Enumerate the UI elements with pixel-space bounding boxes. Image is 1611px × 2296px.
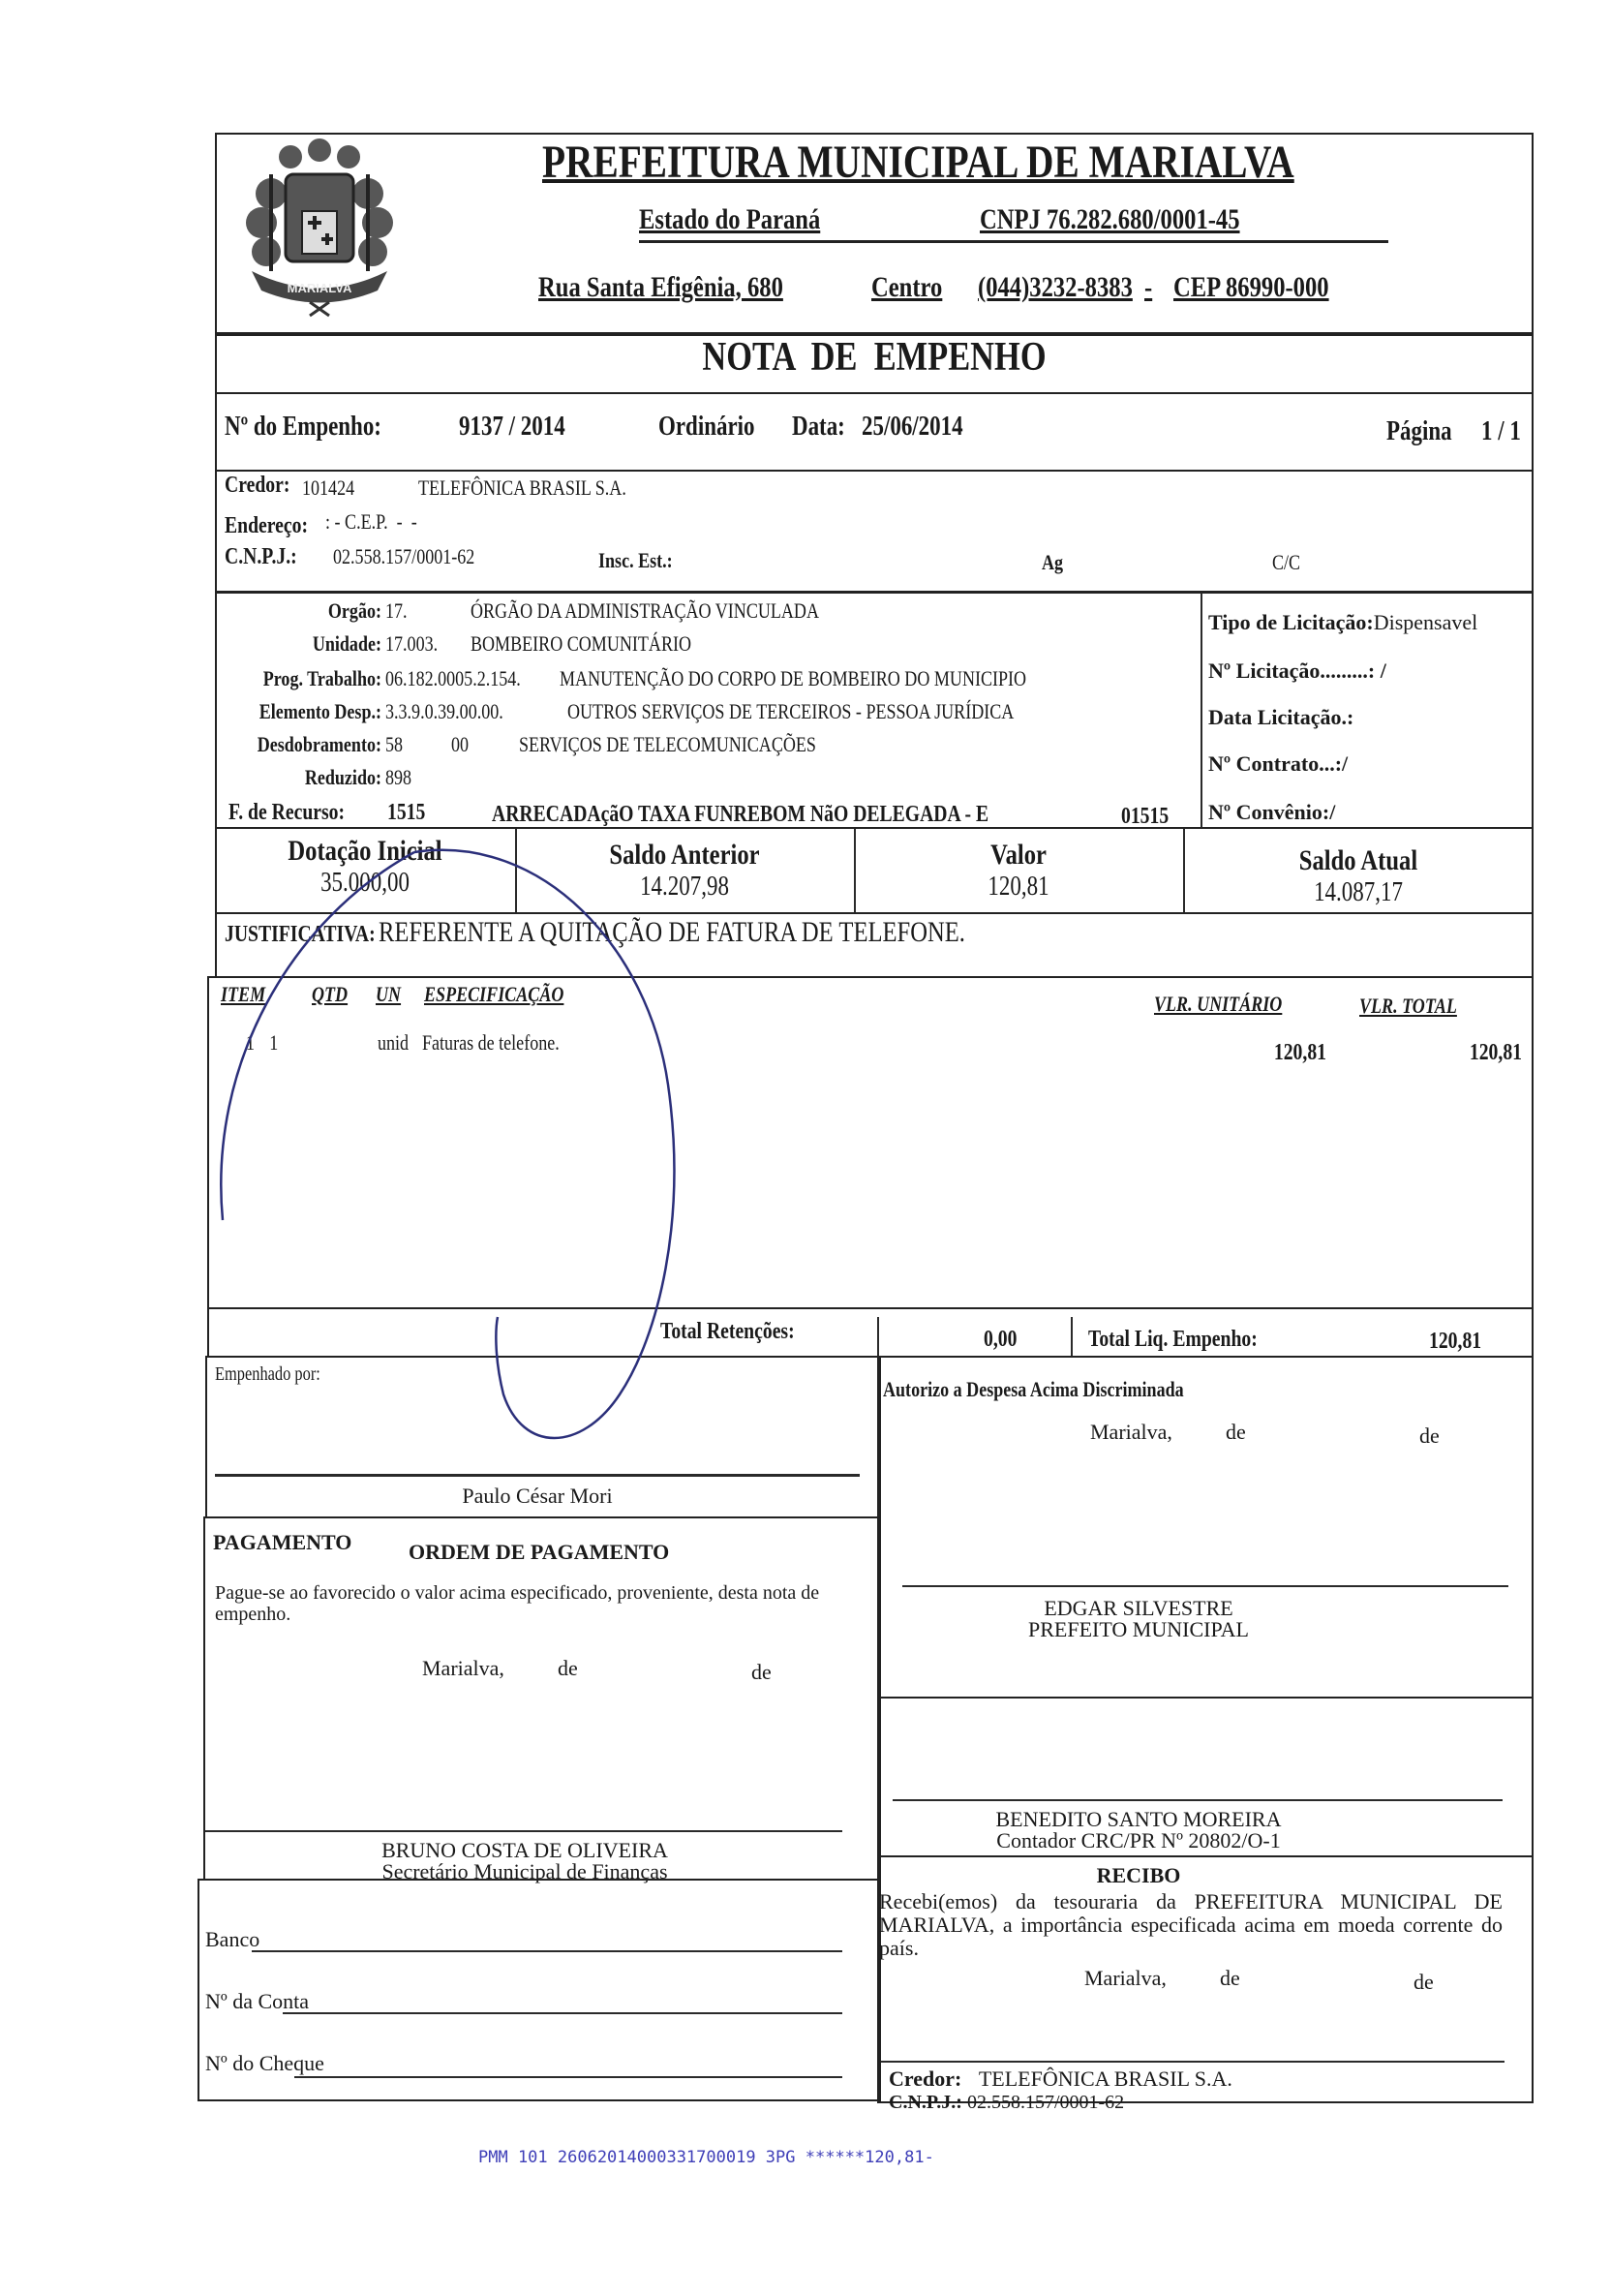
balance-label: Valor [885, 839, 1152, 872]
receipt-cnpj-value: 02.558.157/0001-62 [967, 2092, 1124, 2113]
budget-row-code: 17. [385, 598, 408, 624]
balance-value: 14.207,98 [547, 872, 822, 903]
resource-code-2: 01515 [1121, 804, 1169, 830]
empenhado-name: Paulo César Mori [215, 1484, 860, 1509]
account-field[interactable] [283, 2012, 842, 2014]
budget-row-label: Unidade: [247, 631, 381, 657]
item-unit: unid [378, 1030, 409, 1056]
empenho-type: Ordinário [658, 412, 755, 443]
budget-row-description: BOMBEIRO COMUNITÁRIO [471, 631, 691, 657]
receipt-title: RECIBO [877, 1863, 1400, 1888]
justification-text: REFERENTE A QUITAÇÃO DE FATURA DE TELEFO… [379, 916, 965, 948]
balance-label: Saldo Anterior [547, 839, 822, 872]
col-header-un: UN [376, 982, 401, 1007]
state-name: Estado do Paraná [639, 203, 820, 236]
svg-text:MARIALVA: MARIALVA [288, 281, 352, 295]
resource-code: 1515 [387, 800, 425, 826]
justification: JUSTIFICATIVA: REFERENTE A QUITAÇÃO DE F… [225, 916, 965, 949]
budget-row-code: 898 [385, 765, 411, 790]
cc-label: C/C [1272, 550, 1300, 575]
bank-label: Banco [205, 1927, 259, 1952]
licitacao-type-label-text: Tipo de Licitação: [1208, 610, 1374, 634]
items-box [207, 976, 1534, 1309]
totals-divider-2 [1071, 1317, 1073, 1356]
mayor-title: PREFEITO MUNICIPAL [877, 1617, 1400, 1642]
retencoes-label: Total Retenções: [660, 1319, 795, 1345]
budget-row-label: Desdobramento: [247, 732, 381, 757]
receipt-creditor: Credor: TELEFÔNICA BRASIL S.A. [889, 2066, 1232, 2092]
totals-divider-1 [877, 1317, 879, 1356]
balance-label: Saldo Atual [1216, 844, 1501, 877]
balance-dotacao-inicial: Dotação Inicial 35.000,00 [217, 835, 513, 899]
item-total-value: 120,81 [1385, 1040, 1522, 1066]
receipt-text: Recebi(emos) da tesouraria da PREFEITURA… [879, 1890, 1503, 1960]
cheque-label: Nº do Cheque [205, 2051, 324, 2076]
receipt-creditor-label: Credor: [889, 2066, 961, 2091]
col-header-unit-value: VLR. UNITÁRIO [1154, 992, 1282, 1017]
balance-value: 35.000,00 [244, 868, 487, 899]
balance-saldo-atual: Saldo Atual 14.087,17 [1185, 844, 1532, 908]
receipt-creditor-name: TELEFÔNICA BRASIL S.A. [979, 2066, 1232, 2091]
payment-box [203, 1516, 881, 1881]
budget-divider [1201, 593, 1202, 827]
balance-valor: Valor 120,81 [856, 839, 1181, 903]
retencoes-value: 0,00 [984, 1327, 1017, 1353]
accountant-title: Contador CRC/PR Nº 20802/O-1 [877, 1828, 1400, 1853]
budget-row-code: 3.3.9.0.39.00.00. [385, 699, 503, 724]
creditor-cnpj: 02.558.157/0001-62 [333, 544, 474, 569]
district: Centro [871, 271, 942, 304]
autorizo-de-2: de [1419, 1424, 1440, 1449]
empenho-number-label: Nº do Empenho: [225, 412, 381, 443]
creditor-name: TELEFÔNICA BRASIL S.A. [418, 475, 626, 501]
ag-label: Ag [1042, 550, 1063, 575]
liquido-label: Total Liq. Empenho: [1088, 1327, 1258, 1353]
item-unit-value: 120,81 [1192, 1040, 1326, 1066]
authorization-box [877, 1356, 1534, 1699]
phone: (044)3232-8383 [978, 271, 1133, 304]
liquido-value: 120,81 [1429, 1329, 1481, 1355]
autorizo-city: Marialva, [1090, 1420, 1172, 1445]
budget-row-label: Reduzido: [247, 765, 381, 790]
accountant-signature-line [893, 1799, 1503, 1801]
col-header-spec: ESPECIFICAÇÃO [424, 982, 563, 1007]
balance-label: Dotação Inicial [244, 835, 487, 868]
payment-text: Pague-se ao favorecido o valor acima esp… [215, 1582, 835, 1625]
empenhado-label: Empenhado por: [215, 1363, 320, 1386]
street-address: Rua Santa Efigênia, 680 [538, 271, 783, 304]
empenho-date-label: Data: [792, 412, 845, 443]
item-qty: 1 [242, 1030, 306, 1056]
payment-de-1: de [558, 1656, 578, 1681]
cnpj-label: C.N.P.J.: [225, 544, 297, 570]
receipt-cnpj-label: C.N.P.J.: [889, 2092, 962, 2113]
mayor-signature-line [902, 1585, 1508, 1587]
receipt-cnpj: C.N.P.J.: 02.558.157/0001-62 [889, 2092, 1124, 2114]
budget-row-code-2: 00 [451, 732, 469, 757]
budget-row-label: Prog. Trabalho: [247, 666, 381, 691]
document-title: NOTA DE EMPENHO [334, 334, 1415, 381]
contract-label: Nº Contrato...:/ [1208, 751, 1348, 777]
payment-de-2: de [751, 1660, 772, 1685]
licitacao-date-label: Data Licitação.: [1208, 705, 1353, 730]
empenho-number: 9137 / 2014 [459, 412, 565, 443]
cheque-field[interactable] [294, 2076, 842, 2078]
payment-city: Marialva, [422, 1656, 504, 1681]
receipt-de-2: de [1413, 1970, 1434, 1995]
address-label: Endereço: [225, 513, 308, 539]
separator: - [1144, 271, 1152, 304]
balance-value: 120,81 [885, 872, 1152, 903]
payment-order-title: ORDEM DE PAGAMENTO [409, 1540, 669, 1565]
totals-box [207, 1307, 1534, 1358]
budget-row-code: 17.003. [385, 631, 438, 657]
budget-row-code: 58 [385, 732, 403, 757]
licitacao-type: Dispensavel [1374, 610, 1478, 634]
receipt-de-1: de [1220, 1966, 1240, 1991]
licitacao-type-label: Tipo de Licitação:Dispensavel [1208, 610, 1477, 635]
bank-authentication-stamp: PMM 101 26062014000331700019 3PG ******1… [478, 2148, 934, 2167]
empenhado-signature-line [215, 1474, 860, 1477]
col-header-qtd: QTD [312, 982, 348, 1007]
bank-field[interactable] [252, 1950, 842, 1952]
payment-label: PAGAMENTO [213, 1530, 351, 1555]
insc-est-label: Insc. Est.: [598, 548, 673, 573]
autorizo-de-1: de [1226, 1420, 1246, 1445]
receipt-city: Marialva, [1084, 1966, 1167, 1991]
convenio-label: Nº Convênio:/ [1208, 800, 1335, 825]
creditor-address: : - C.E.P. - - [325, 509, 417, 535]
justification-label: JUSTIFICATIVA: [225, 922, 376, 947]
budget-row-description: ÓRGÃO DA ADMINISTRAÇÃO VINCULADA [471, 598, 819, 624]
budget-row-code: 06.182.0005.2.154. [385, 666, 521, 691]
col-header-item: ITEM [221, 982, 265, 1007]
budget-row-label: Orgão: [247, 598, 381, 624]
balance-saldo-anterior: Saldo Anterior 14.207,98 [517, 839, 852, 903]
coat-of-arms-icon: MARIALVA [232, 136, 407, 320]
resource-description: ARRECADAçãO TAXA FUNREBOM NãO DELEGADA -… [492, 802, 988, 828]
page-number: 1 / 1 [1481, 416, 1521, 447]
licitacao-number-label: Nº Licitação.........: / [1208, 658, 1386, 684]
subtitle-underline [639, 240, 1388, 243]
balance-value: 14.087,17 [1216, 877, 1501, 908]
municipality-title: PREFEITURA MUNICIPAL DE MARIALVA [542, 136, 1294, 189]
secretary-signature-line [205, 1830, 842, 1832]
municipality-cnpj: CNPJ 76.282.680/0001-45 [980, 203, 1240, 236]
cep: CEP 86990-000 [1173, 271, 1329, 304]
resource-label: F. de Recurso: [228, 800, 345, 826]
budget-row-description: OUTROS SERVIÇOS DE TERCEIROS - PESSOA JU… [567, 699, 1014, 724]
creditor-code: 101424 [302, 475, 354, 501]
receipt-signature-line [881, 2061, 1505, 2063]
budget-row-description: SERVIÇOS DE TELECOMUNICAÇÕES [519, 732, 816, 757]
page-label: Página [1386, 416, 1452, 447]
col-header-total-value: VLR. TOTAL [1359, 994, 1457, 1019]
item-specification: Faturas de telefone. [422, 1030, 560, 1056]
budget-row-description: MANUTENÇÃO DO CORPO DE BOMBEIRO DO MUNIC… [560, 666, 1026, 691]
creditor-label: Credor: [225, 473, 289, 499]
budget-row-label: Elemento Desp.: [247, 699, 381, 724]
autorizo-text: Autorizo a Despesa Acima Discriminada [883, 1377, 1184, 1402]
account-label: Nº da Conta [205, 1989, 309, 2014]
empenho-date: 25/06/2014 [862, 412, 963, 443]
